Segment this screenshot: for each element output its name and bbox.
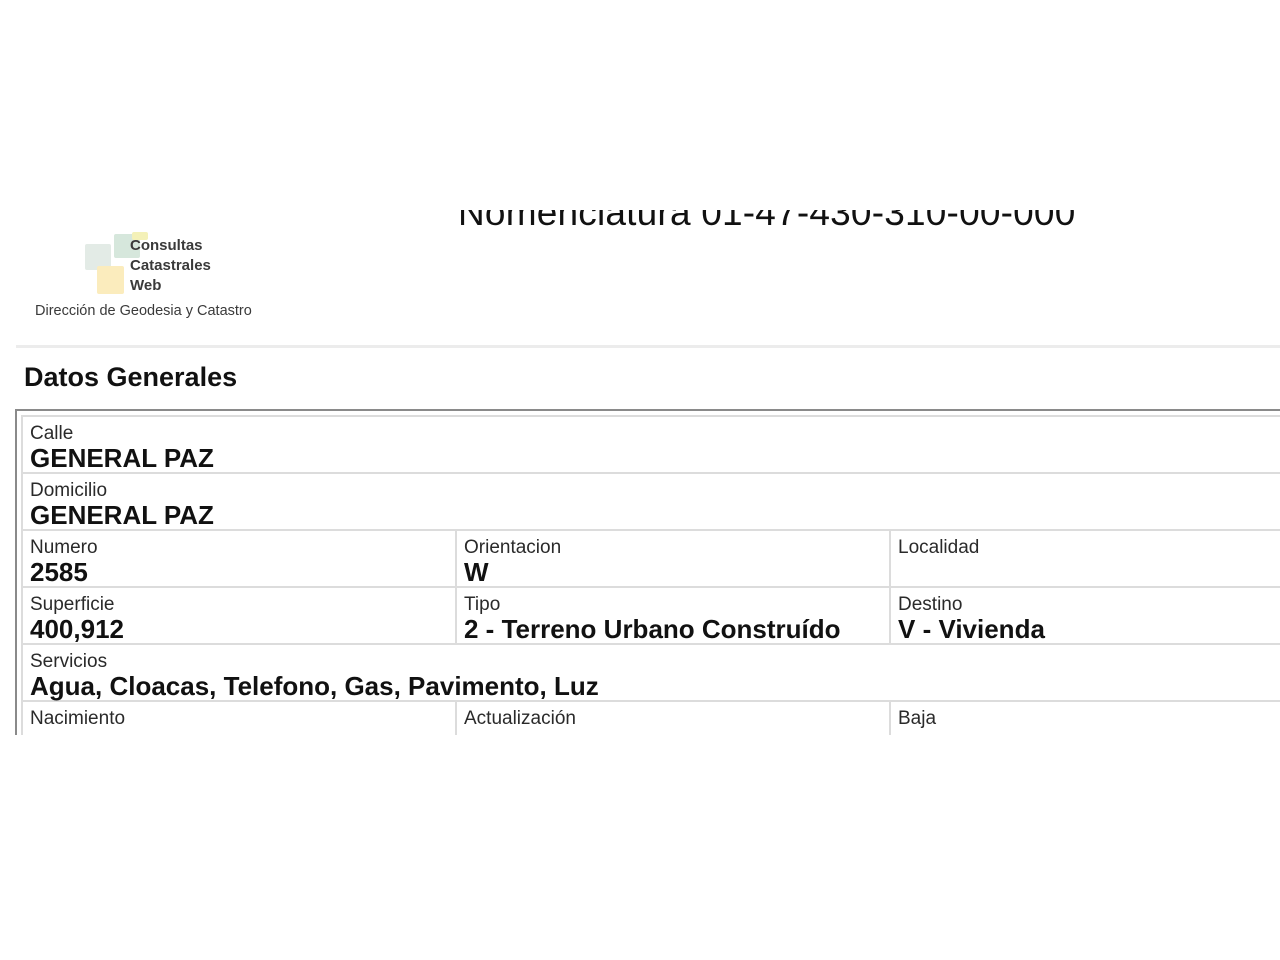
page-viewport: Consultas Catastrales Web Dirección de G… (0, 210, 1280, 735)
field-label: Actualización (464, 702, 889, 729)
field-label: Baja (898, 702, 1280, 729)
field-value: Agua, Cloacas, Telefono, Gas, Pavimento,… (30, 672, 1280, 700)
logo-brand-line: Web (130, 276, 211, 296)
nomenclatura-heading: Nomenclatura 01-47-430-310-00-000 (458, 210, 1075, 234)
field-value: 2585 (30, 558, 455, 586)
field-numero: Numero 2585 (22, 530, 456, 587)
field-label: Domicilio (30, 474, 1280, 501)
logo-square-icon (97, 266, 124, 294)
consultas-catastrales-logo: Consultas Catastrales Web Dirección de G… (34, 222, 324, 322)
page-header: Consultas Catastrales Web Dirección de G… (0, 210, 1280, 340)
logo-brand-line: Consultas (130, 236, 211, 256)
field-label: Orientacion (464, 531, 889, 558)
field-label: Nacimiento (30, 702, 455, 729)
field-value: V - Vivienda (898, 615, 1280, 643)
field-calle: Calle GENERAL PAZ (22, 416, 1280, 473)
table-row: Nacimiento Actualización Baja (22, 701, 1280, 735)
field-destino: Destino V - Vivienda (890, 587, 1280, 644)
header-divider (16, 345, 1280, 348)
field-orientacion: Orientacion W (456, 530, 890, 587)
field-actualizacion: Actualización (456, 701, 890, 735)
field-label: Tipo (464, 588, 889, 615)
field-superficie: Superficie 400,912 (22, 587, 456, 644)
field-value: W (464, 558, 889, 586)
field-value: 2 - Terreno Urbano Construído (464, 615, 889, 643)
field-label: Servicios (30, 645, 1280, 672)
logo-subtitle: Dirección de Geodesia y Catastro (35, 303, 252, 319)
field-value: 400,912 (30, 615, 455, 643)
table-row: Domicilio GENERAL PAZ (22, 473, 1280, 530)
field-servicios: Servicios Agua, Cloacas, Telefono, Gas, … (22, 644, 1280, 701)
table-row: Numero 2585 Orientacion W Localidad (22, 530, 1280, 587)
field-label: Numero (30, 531, 455, 558)
logo-brand-text: Consultas Catastrales Web (130, 236, 211, 296)
field-baja: Baja (890, 701, 1280, 735)
datos-generales-panel: Calle GENERAL PAZ Domicilio GENERAL PAZ … (15, 409, 1280, 735)
datos-generales-table: Calle GENERAL PAZ Domicilio GENERAL PAZ … (21, 415, 1280, 735)
field-label: Localidad (898, 531, 1280, 558)
field-domicilio: Domicilio GENERAL PAZ (22, 473, 1280, 530)
table-row: Superficie 400,912 Tipo 2 - Terreno Urba… (22, 587, 1280, 644)
field-localidad: Localidad (890, 530, 1280, 587)
logo-brand-line: Catastrales (130, 256, 211, 276)
table-row: Servicios Agua, Cloacas, Telefono, Gas, … (22, 644, 1280, 701)
field-label: Calle (30, 417, 1280, 444)
field-tipo: Tipo 2 - Terreno Urbano Construído (456, 587, 890, 644)
field-value: GENERAL PAZ (30, 501, 1280, 529)
field-nacimiento: Nacimiento (22, 701, 456, 735)
field-value: GENERAL PAZ (30, 444, 1280, 472)
field-label: Destino (898, 588, 1280, 615)
section-title: Datos Generales (24, 362, 237, 393)
table-row: Calle GENERAL PAZ (22, 416, 1280, 473)
field-label: Superficie (30, 588, 455, 615)
